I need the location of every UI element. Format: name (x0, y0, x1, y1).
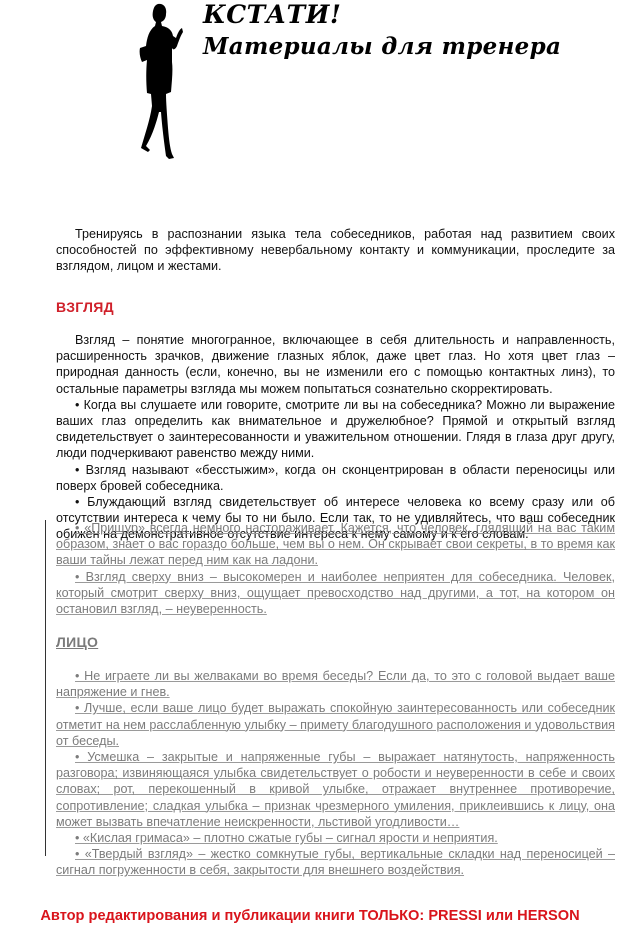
gaze-paragraph: Взгляд – понятие многогранное, включающе… (56, 332, 615, 397)
section-heading-face: ЛИЦО (56, 634, 98, 650)
margin-marker-line (45, 520, 46, 856)
page-header: КСТАТИ! Материалы для тренера (0, 0, 620, 170)
woman-silhouette-icon (136, 2, 186, 162)
gaze-marked-paragraph: • «Прищур» всегда немного настораживает.… (56, 520, 615, 569)
footer-notice: Автор редактирования и публикации книги … (0, 908, 620, 924)
face-paragraph: • Не играете ли вы желваками во время бе… (56, 668, 615, 700)
gaze-marked-paragraph: • Взгляд сверху вниз – высокомерен и наи… (56, 569, 615, 618)
section-heading-gaze: ВЗГЛЯД (56, 299, 114, 315)
face-paragraph: • «Кислая гримаса» – плотно сжатые губы … (56, 830, 615, 846)
header-subtitle: Материалы для тренера (203, 33, 561, 60)
header-title: КСТАТИ! (203, 0, 341, 29)
face-section: • Не играете ли вы желваками во время бе… (56, 668, 615, 879)
gaze-marked-section: • «Прищур» всегда немного настораживает.… (56, 520, 615, 617)
gaze-section: Взгляд – понятие многогранное, включающе… (56, 332, 615, 543)
gaze-paragraph: • Взгляд называют «бесстыжим», когда он … (56, 462, 615, 494)
gaze-paragraph: • Когда вы слушаете или говорите, смотри… (56, 397, 615, 462)
intro-block: Тренируясь в распознании языка тела собе… (56, 226, 615, 275)
intro-paragraph: Тренируясь в распознании языка тела собе… (56, 226, 615, 275)
face-paragraph: • Усмешка – закрытые и напряженные губы … (56, 749, 615, 830)
face-paragraph: • «Твердый взгляд» – жестко сомкнутые гу… (56, 846, 615, 878)
face-paragraph: • Лучше, если ваше лицо будет выражать с… (56, 700, 615, 749)
